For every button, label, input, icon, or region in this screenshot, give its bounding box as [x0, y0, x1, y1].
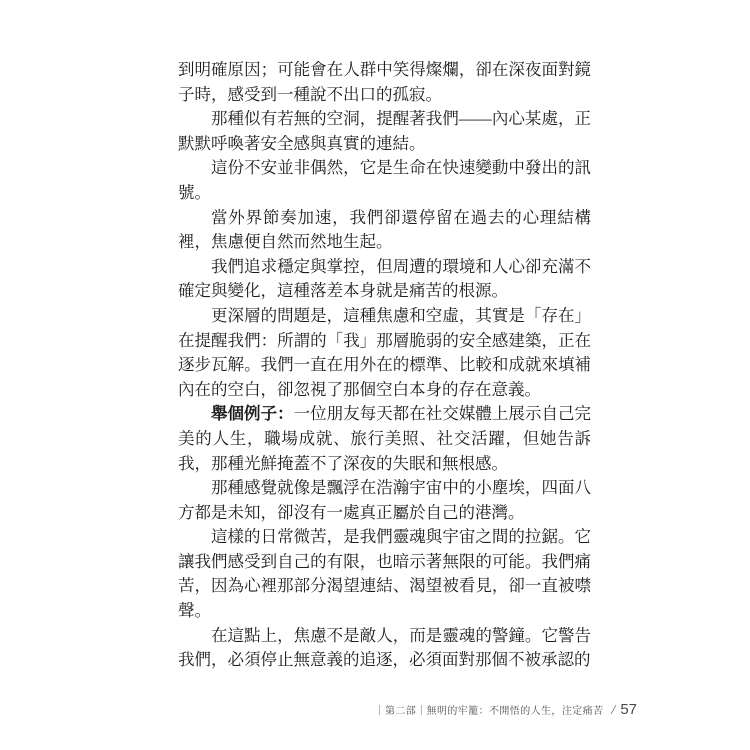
- paragraph-text: 到明確原因；可能會在人群中笑得燦爛，卻在深夜面對鏡子時，感受到一種說不出口的孤寂…: [178, 60, 591, 104]
- paragraph-text: 那種感覺就像是飄浮在浩瀚宇宙中的小塵埃，四面八方都是未知，卻沒有一處真正屬於自己…: [178, 478, 591, 522]
- body-paragraph: 我們追求穩定與掌控，但周遭的環境和人心卻充滿不確定與變化，這種落差本身就是痛苦的…: [178, 255, 591, 304]
- paragraph-text: 這樣的日常微苦，是我們靈魂與宇宙之間的拉鋸。它讓我們感受到自己的有限，也暗示著無…: [178, 527, 591, 620]
- paragraph-text: 我們追求穩定與掌控，但周遭的環境和人心卻充滿不確定與變化，這種落差本身就是痛苦的…: [178, 257, 591, 301]
- paragraph-text: 在這點上，焦慮不是敵人，而是靈魂的警鐘。它警告我們，必須停止無意義的追逐，必須面…: [178, 626, 591, 670]
- paragraph-text: 這份不安並非偶然，它是生命在快速變動中發出的訊號。: [178, 158, 591, 202]
- body-paragraph: 當外界節奏加速，我們卻還停留在過去的心理結構裡，焦慮便自然而然地生起。: [178, 206, 591, 255]
- paragraph-lead: 舉個例子：: [211, 404, 294, 423]
- page-footer: ｜第二部｜無明的牢籠：不開悟的人生，注定痛苦 / 57: [375, 701, 637, 719]
- body-paragraph: 那種似有若無的空洞，提醒著我們——內心某處，正默默呼喚著安全感與真實的連結。: [178, 107, 591, 156]
- body-paragraph: 那種感覺就像是飄浮在浩瀚宇宙中的小塵埃，四面八方都是未知，卻沒有一處真正屬於自己…: [178, 476, 591, 525]
- body-paragraph: 更深層的問題是，這種焦慮和空虛，其實是「存在」在提醒我們：所謂的「我」那層脆弱的…: [178, 304, 591, 402]
- body-paragraph: 到明確原因；可能會在人群中笑得燦爛，卻在深夜面對鏡子時，感受到一種說不出口的孤寂…: [178, 58, 591, 107]
- body-paragraph: 這樣的日常微苦，是我們靈魂與宇宙之間的拉鋸。它讓我們感受到自己的有限，也暗示著無…: [178, 525, 591, 623]
- body-paragraph: 在這點上，焦慮不是敵人，而是靈魂的警鐘。它警告我們，必須停止無意義的追逐，必須面…: [178, 624, 591, 673]
- body-paragraph: 舉個例子：一位朋友每天都在社交媒體上展示自己完美的人生，職場成就、旅行美照、社交…: [178, 402, 591, 476]
- page-body-text: 到明確原因；可能會在人群中笑得燦爛，卻在深夜面對鏡子時，感受到一種說不出口的孤寂…: [178, 58, 591, 673]
- paragraph-text: 更深層的問題是，這種焦慮和空虛，其實是「存在」在提醒我們：所謂的「我」那層脆弱的…: [178, 306, 591, 399]
- page-number: 57: [620, 701, 637, 718]
- book-page: 到明確原因；可能會在人群中笑得燦爛，卻在深夜面對鏡子時，感受到一種說不出口的孤寂…: [0, 0, 750, 750]
- footer-separator: /: [611, 703, 615, 719]
- paragraph-text: 當外界節奏加速，我們卻還停留在過去的心理結構裡，焦慮便自然而然地生起。: [178, 208, 591, 252]
- paragraph-text: 那種似有若無的空洞，提醒著我們——內心某處，正默默呼喚著安全感與真實的連結。: [178, 109, 591, 153]
- footer-section-title: ｜第二部｜無明的牢籠：不開悟的人生，注定痛苦: [375, 702, 604, 717]
- body-paragraph: 這份不安並非偶然，它是生命在快速變動中發出的訊號。: [178, 156, 591, 205]
